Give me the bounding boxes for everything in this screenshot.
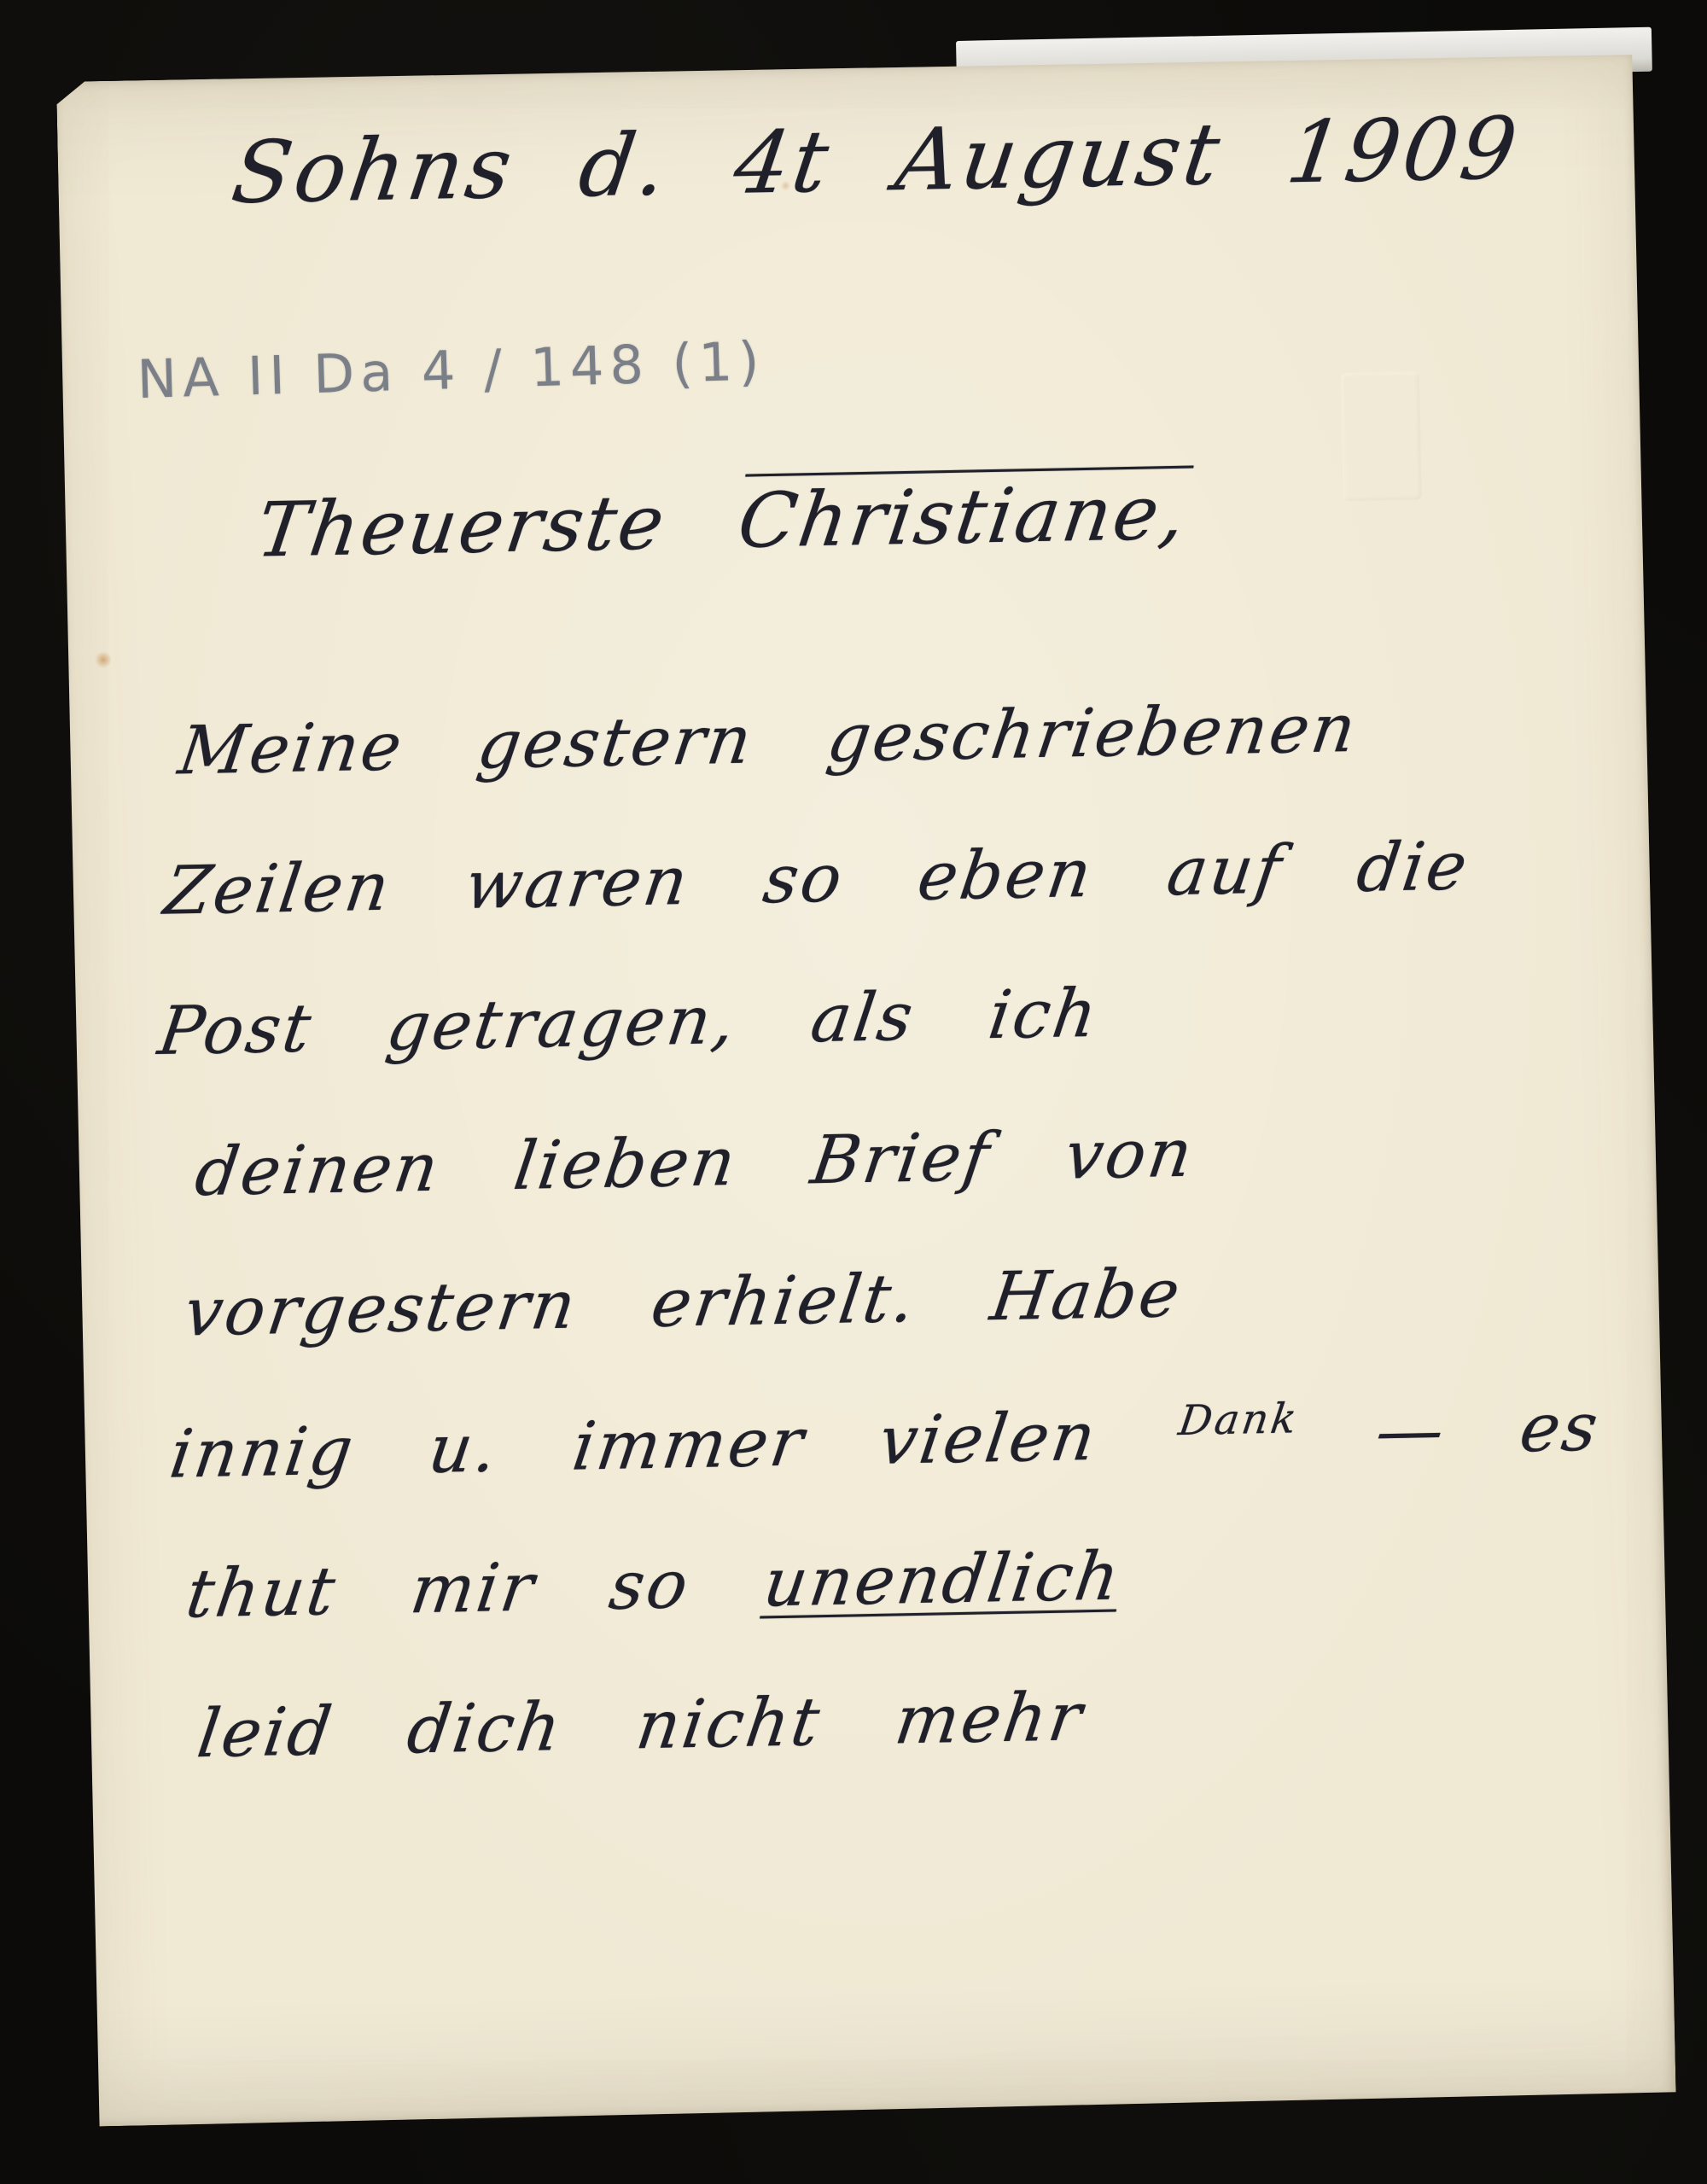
letter-body-line: innig u. immer vielen Dank — es (166, 1389, 1605, 1493)
inserted-word: Dank (1176, 1395, 1302, 1446)
salutation-name: Christiane, (733, 469, 1193, 565)
letter-body-line: vorgestern erhielt. Habe (180, 1255, 1187, 1352)
body-text: Meine gestern geschriebenen (174, 690, 1363, 790)
archival-reference: NA II Da 4 / 148 (1) (137, 329, 766, 411)
body-text: Post getragen, als ich (154, 976, 1104, 1070)
body-text: leid dich nicht mehr (193, 1679, 1089, 1773)
body-text: innig u. immer vielen (166, 1399, 1103, 1494)
letter-paper: Sohns d. 4t August 1909 NA II Da 4 / 148… (56, 51, 1676, 2126)
letter-body-line: leid dich nicht mehr (193, 1679, 1089, 1773)
body-text: vorgestern erhielt. Habe (180, 1255, 1187, 1352)
letter-body-line: Post getragen, als ich (154, 976, 1104, 1070)
body-text: Zeilen waren so eben auf die (160, 828, 1474, 930)
salutation-word: Theuerste (252, 478, 672, 574)
body-text: thut mir so (182, 1546, 695, 1634)
letter-body-line: Zeilen waren so eben auf die (160, 828, 1474, 930)
letter-salutation: Theuerste Christiane, (252, 469, 1193, 574)
letter-body-line: thut mir so unendlich (182, 1538, 1127, 1633)
scan-background: Sohns d. 4t August 1909 NA II Da 4 / 148… (0, 0, 1707, 2184)
letter-body-line: Meine gestern geschriebenen (174, 690, 1363, 790)
body-text: deinen lieben Brief von (190, 1115, 1199, 1212)
body-text: — es (1372, 1389, 1605, 1470)
letter-dateline: Sohns d. 4t August 1909 (226, 98, 1526, 223)
foxing-spot (95, 651, 112, 668)
underlined-word: unendlich (760, 1538, 1127, 1622)
embossed-stamp (1341, 371, 1422, 501)
letter-body-line: deinen lieben Brief von (190, 1115, 1199, 1212)
